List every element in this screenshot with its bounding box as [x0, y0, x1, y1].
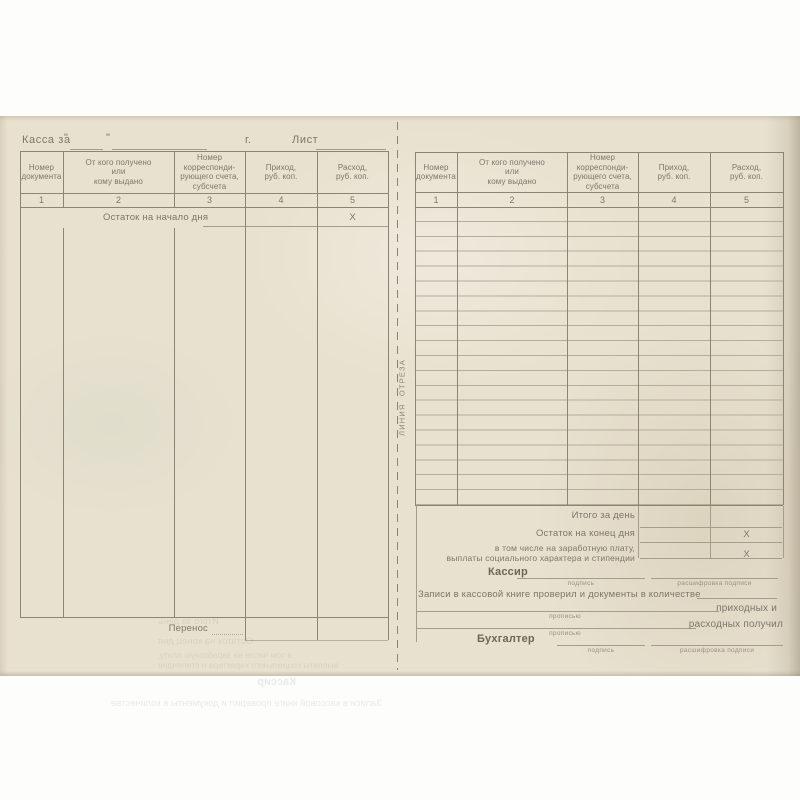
left-col1-border-body — [63, 228, 64, 617]
left-col3-border — [245, 151, 246, 617]
outgoing-count-line — [417, 628, 696, 629]
right-col2-header: От кого получено или кому выдано — [457, 152, 567, 192]
left-col4-header: Приход, руб. коп. — [245, 151, 317, 193]
right-col4-number: 4 — [638, 192, 710, 207]
documents-count-line — [697, 598, 777, 599]
footer-right-border — [783, 506, 784, 558]
paper-sheet: Касса за " " г. Лист Номер документа От … — [0, 116, 800, 676]
left-col5-header: Расход, руб. коп. — [317, 151, 388, 193]
right-col3-number: 3 — [567, 192, 638, 207]
left-col1-number: 1 — [20, 193, 63, 207]
footer-col3-border — [638, 506, 639, 558]
cashier-sign-caption: подпись — [517, 580, 645, 587]
year-suffix-label: г. — [245, 134, 251, 146]
closing-balance-label: Остаток на конец дня — [536, 528, 635, 539]
left-table-numbers-border — [20, 207, 388, 208]
right-col1-number: 1 — [415, 192, 457, 207]
cashier-name-caption: расшифровка подписи — [651, 580, 778, 587]
sheet-label: Лист — [292, 134, 318, 146]
right-col5-number: 5 — [710, 192, 783, 207]
verified-text: Записи в кассовой книге проверил и докум… — [418, 589, 701, 600]
right-col3-header: Номер корреспонди- рующего счета, субсче… — [567, 152, 638, 192]
incoming-in-words-caption: прописью — [480, 613, 650, 620]
opening-balance-x-mark: X — [317, 209, 388, 225]
cut-line-label: ЛИНИЯ ОТРЕЗА — [398, 352, 411, 444]
including-x-mark: X — [710, 547, 783, 562]
left-col4-number: 4 — [245, 193, 317, 207]
right-table-ruled-rows — [415, 207, 783, 505]
accountant-name-caption: расшифровка подписи — [651, 647, 783, 654]
date-month-blank-line — [112, 149, 207, 150]
incoming-count-line — [417, 611, 719, 612]
left-table-right-border — [388, 151, 389, 617]
right-table-bottom-border — [415, 505, 783, 506]
ghost-closing-label: Остаток на конец дня — [158, 636, 253, 647]
sheet-blank-line — [316, 149, 386, 150]
accountant-signature-line — [557, 645, 645, 646]
including-fill-line — [640, 558, 782, 559]
ghost-including-label: в том числе на заработную плату, выплаты… — [158, 650, 338, 670]
bleed-through-ghost: Итого за день Остаток на конец дня в том… — [18, 610, 386, 722]
left-col2-number: 2 — [63, 193, 174, 207]
including-wages-label: в том числе на заработную плату, выплаты… — [447, 543, 636, 563]
open-quote: " — [64, 132, 68, 144]
closing-balance-fill-line — [640, 542, 782, 543]
outgoing-label: расходных получил — [689, 619, 783, 630]
accountant-sign-caption: подпись — [557, 647, 645, 654]
right-col5-header: Расход, руб. коп. — [710, 152, 783, 192]
date-day-blank-line — [70, 149, 103, 150]
left-col2-border-body — [174, 228, 175, 617]
right-col1-header: Номер документа — [415, 152, 457, 192]
ghost-cashier-label: Кассир — [257, 676, 296, 688]
daily-total-label: Итого за день — [572, 510, 635, 521]
cashier-name-line — [651, 578, 778, 579]
right-col4-header: Приход, руб. коп. — [638, 152, 710, 192]
left-col3-number: 3 — [174, 193, 245, 207]
left-table-left-border — [20, 151, 21, 617]
opening-balance-label: Остаток на начало дня — [103, 212, 208, 223]
accountant-label: Бухгалтер — [477, 633, 535, 645]
close-quote: " — [106, 132, 110, 144]
carryover-right-border — [388, 617, 389, 640]
right-table-right-border — [783, 152, 784, 505]
accountant-name-line — [651, 645, 783, 646]
left-col1-header: Номер документа — [20, 151, 63, 193]
cashier-label: Кассир — [488, 566, 528, 578]
right-page-left-margin-line — [416, 505, 417, 642]
opening-balance-underline — [203, 226, 388, 227]
ghost-total-label: Итого за день — [158, 616, 219, 627]
left-col5-number: 5 — [317, 193, 388, 207]
left-col3-header: Номер корреспонди- рующего счета, субсче… — [174, 151, 245, 193]
right-col2-number: 2 — [457, 192, 567, 207]
left-col2-header: От кого получено или кому выдано — [63, 151, 174, 193]
incoming-label: приходных и — [716, 603, 777, 614]
cashier-signature-line — [517, 578, 645, 579]
scan-background: Касса за " " г. Лист Номер документа От … — [0, 0, 800, 800]
ghost-verified-text: Записи в кассовой книге проверил и докум… — [111, 698, 382, 709]
closing-balance-x-mark: X — [710, 527, 783, 542]
